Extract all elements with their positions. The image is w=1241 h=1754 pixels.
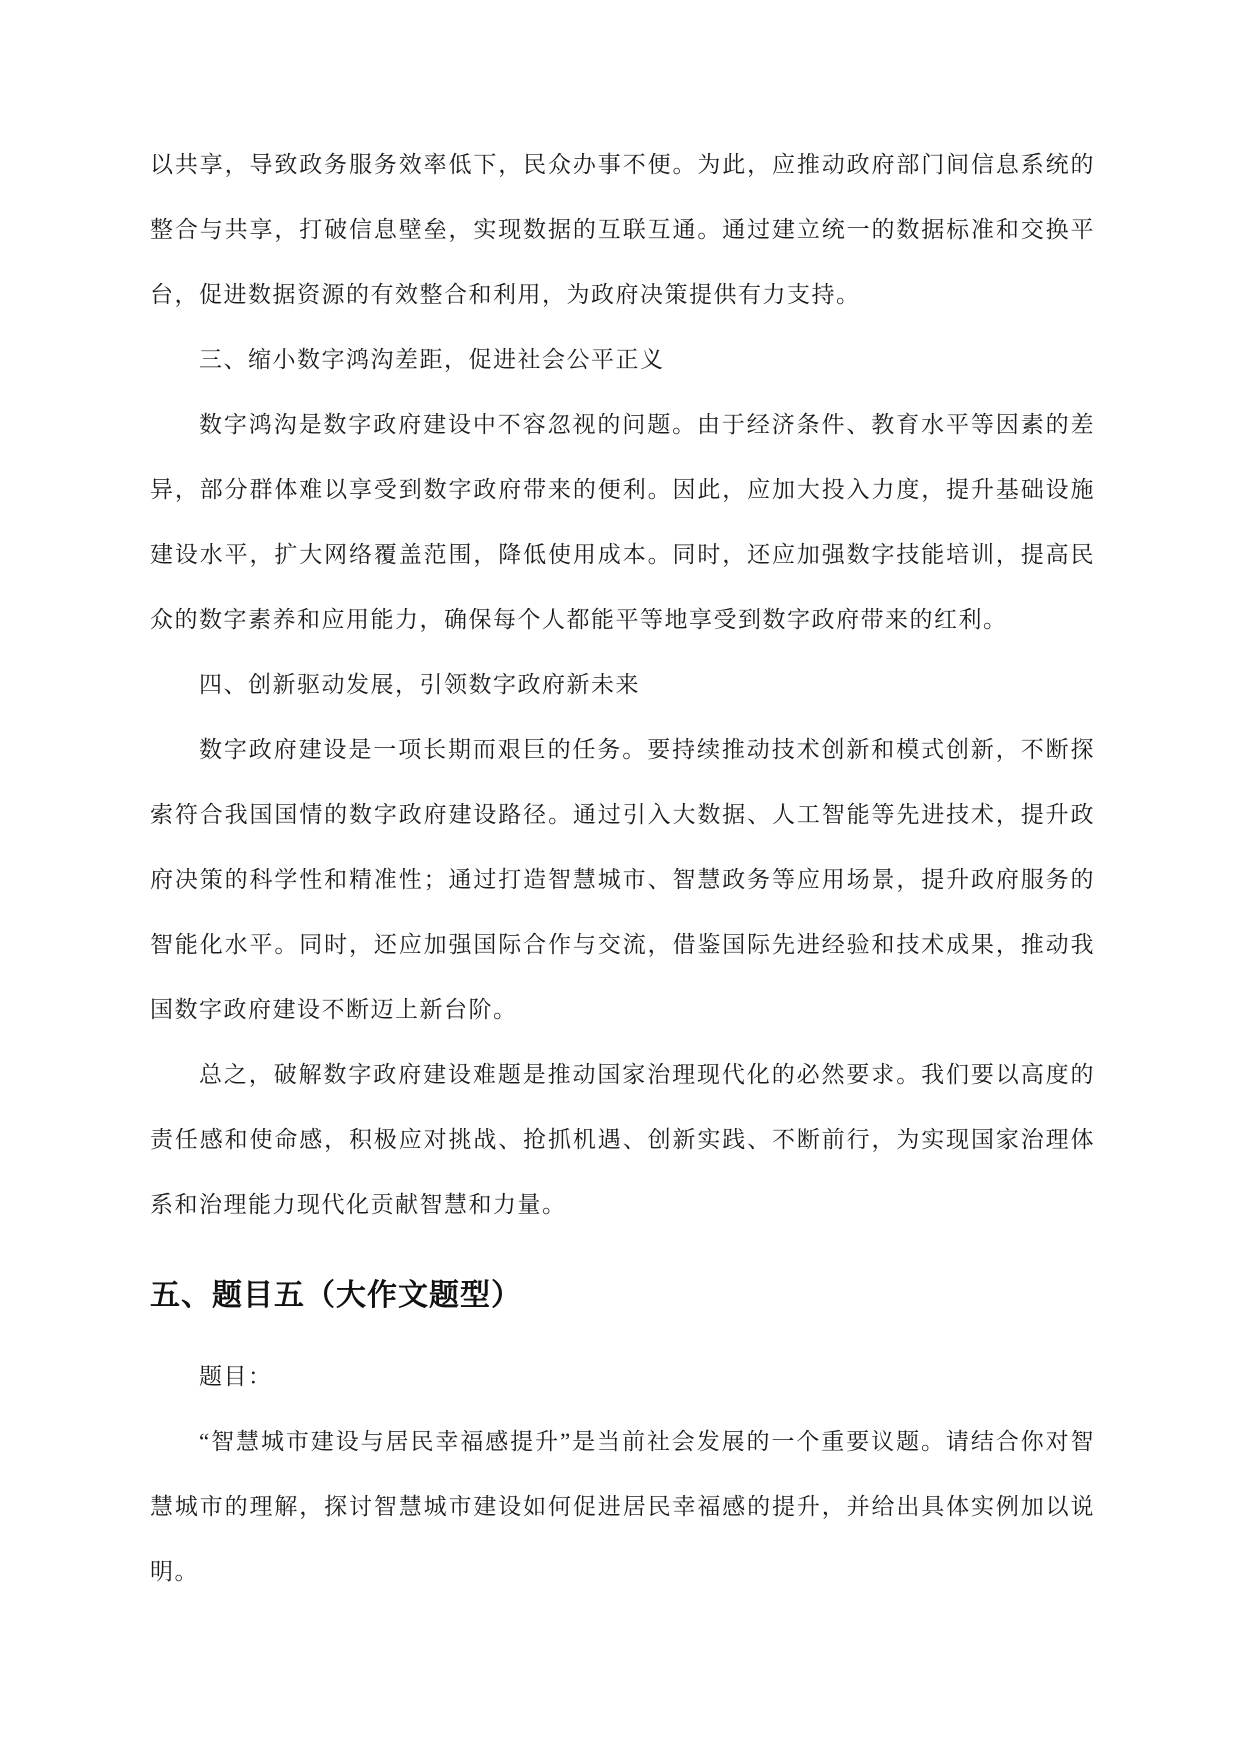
document-page: 以共享，导致政务服务效率低下，民众办事不便。为此，应推动政府部门间信息系统的整合…	[0, 0, 1241, 1754]
paragraph-innovation: 数字政府建设是一项长期而艰巨的任务。要持续推动技术创新和模式创新，不断探索符合我…	[150, 717, 1095, 1042]
question-text: “智慧城市建设与居民幸福感提升”是当前社会发展的一个重要议题。请结合你对智慧城市…	[150, 1409, 1095, 1604]
subheading-section-three: 三、缩小数字鸿沟差距，促进社会公平正义	[150, 327, 1095, 392]
question-label: 题目：	[150, 1344, 1095, 1409]
paragraph-digital-divide: 数字鸿沟是数字政府建设中不容忽视的问题。由于经济条件、教育水平等因素的差异，部分…	[150, 392, 1095, 652]
paragraph-conclusion: 总之，破解数字政府建设难题是推动国家治理现代化的必然要求。我们要以高度的责任感和…	[150, 1042, 1095, 1237]
section-five-heading: 五、题目五（大作文题型）	[150, 1263, 1095, 1328]
paragraph-continuation: 以共享，导致政务服务效率低下，民众办事不便。为此，应推动政府部门间信息系统的整合…	[150, 132, 1095, 327]
subheading-section-four: 四、创新驱动发展，引领数字政府新未来	[150, 652, 1095, 717]
